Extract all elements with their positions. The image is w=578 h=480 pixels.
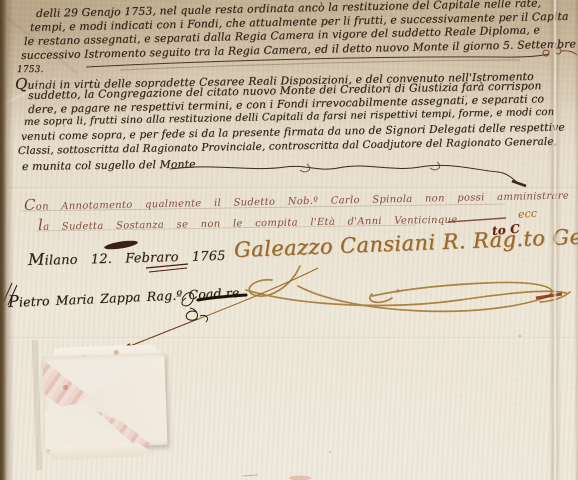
horizontal-crease-1 [0,186,578,191]
signature-coadjutor: Pietro Maria Zappa Rag.º Coad.re [8,282,240,311]
right-paper-edge [574,0,578,480]
right-fold-crease [549,0,561,480]
seal-body [42,353,167,449]
manuscript-page: mestre, in quadrimestri a tenor delli 29… [0,0,578,480]
signature-flourish [246,266,570,311]
annotation-line: la Sudetta Sostanza se non le compita l'… [38,209,458,234]
manuscript-line-year: 1753. [17,65,44,75]
munita-flourish [170,162,526,186]
signature-registrar-mark: to C [491,222,520,238]
paper-seal [40,344,172,460]
left-paper-edge [0,0,14,480]
bottom-smudges [242,475,311,480]
horizontal-crease-2 [0,336,578,341]
annotation-etc: ecc [518,207,538,221]
manuscript-line: e munita col sugello del Monte [22,158,196,173]
dateline: Milano 12. Febraro 1765 [28,245,226,269]
